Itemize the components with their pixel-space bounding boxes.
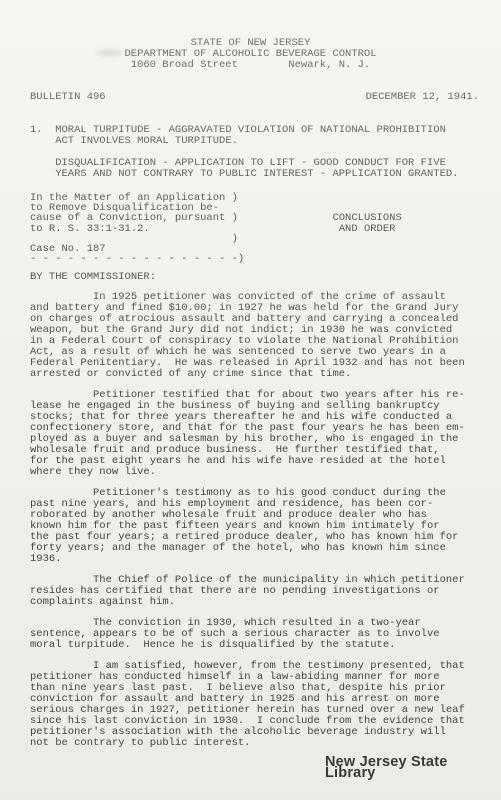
library-stamp: New Jersey State Library [325, 757, 493, 779]
body-paragraph: Petitioner's testimony as to his good co… [30, 488, 493, 565]
scanned-bulletin-page: STATE OF NEW JERSEY DEPARTMENT OF ALCOHO… [0, 0, 501, 800]
item-heading-moral-turpitude: 1. MORAL TURPITUDE - AGGRAVATED VIOLATIO… [30, 125, 493, 147]
scan-smudge [96, 50, 122, 56]
scan-smudge [130, 52, 138, 57]
body-paragraph: Petitioner testified that for about two … [30, 390, 493, 478]
bulletin-row: BULLETIN 496 DECEMBER 12, 1941. [30, 92, 479, 103]
document-body: 1. MORAL TURPITUDE - AGGRAVATED VIOLATIO… [30, 125, 493, 779]
body-paragraph: I am satisfied, however, from the testim… [30, 661, 493, 749]
bulletin-date: DECEMBER 12, 1941. [366, 92, 479, 103]
body-paragraph: The conviction in 1930, which resulted i… [30, 618, 493, 651]
body-paragraph: In 1925 petitioner was convicted of the … [30, 292, 493, 380]
commissioner-byline: BY THE COMMISSIONER: [30, 272, 493, 283]
bulletin-number: BULLETIN 496 [30, 92, 106, 103]
document-header: STATE OF NEW JERSEY DEPARTMENT OF ALCOHO… [0, 0, 501, 71]
item-heading-disqualification: DISQUALIFICATION - APPLICATION TO LIFT -… [30, 158, 493, 180]
case-caption: In the Matter of an Application ) to Rem… [30, 193, 493, 264]
header-address-line: 1060 Broad Street Newark, N. J. [0, 60, 501, 71]
body-paragraph: The Chief of Police of the municipality … [30, 575, 493, 608]
